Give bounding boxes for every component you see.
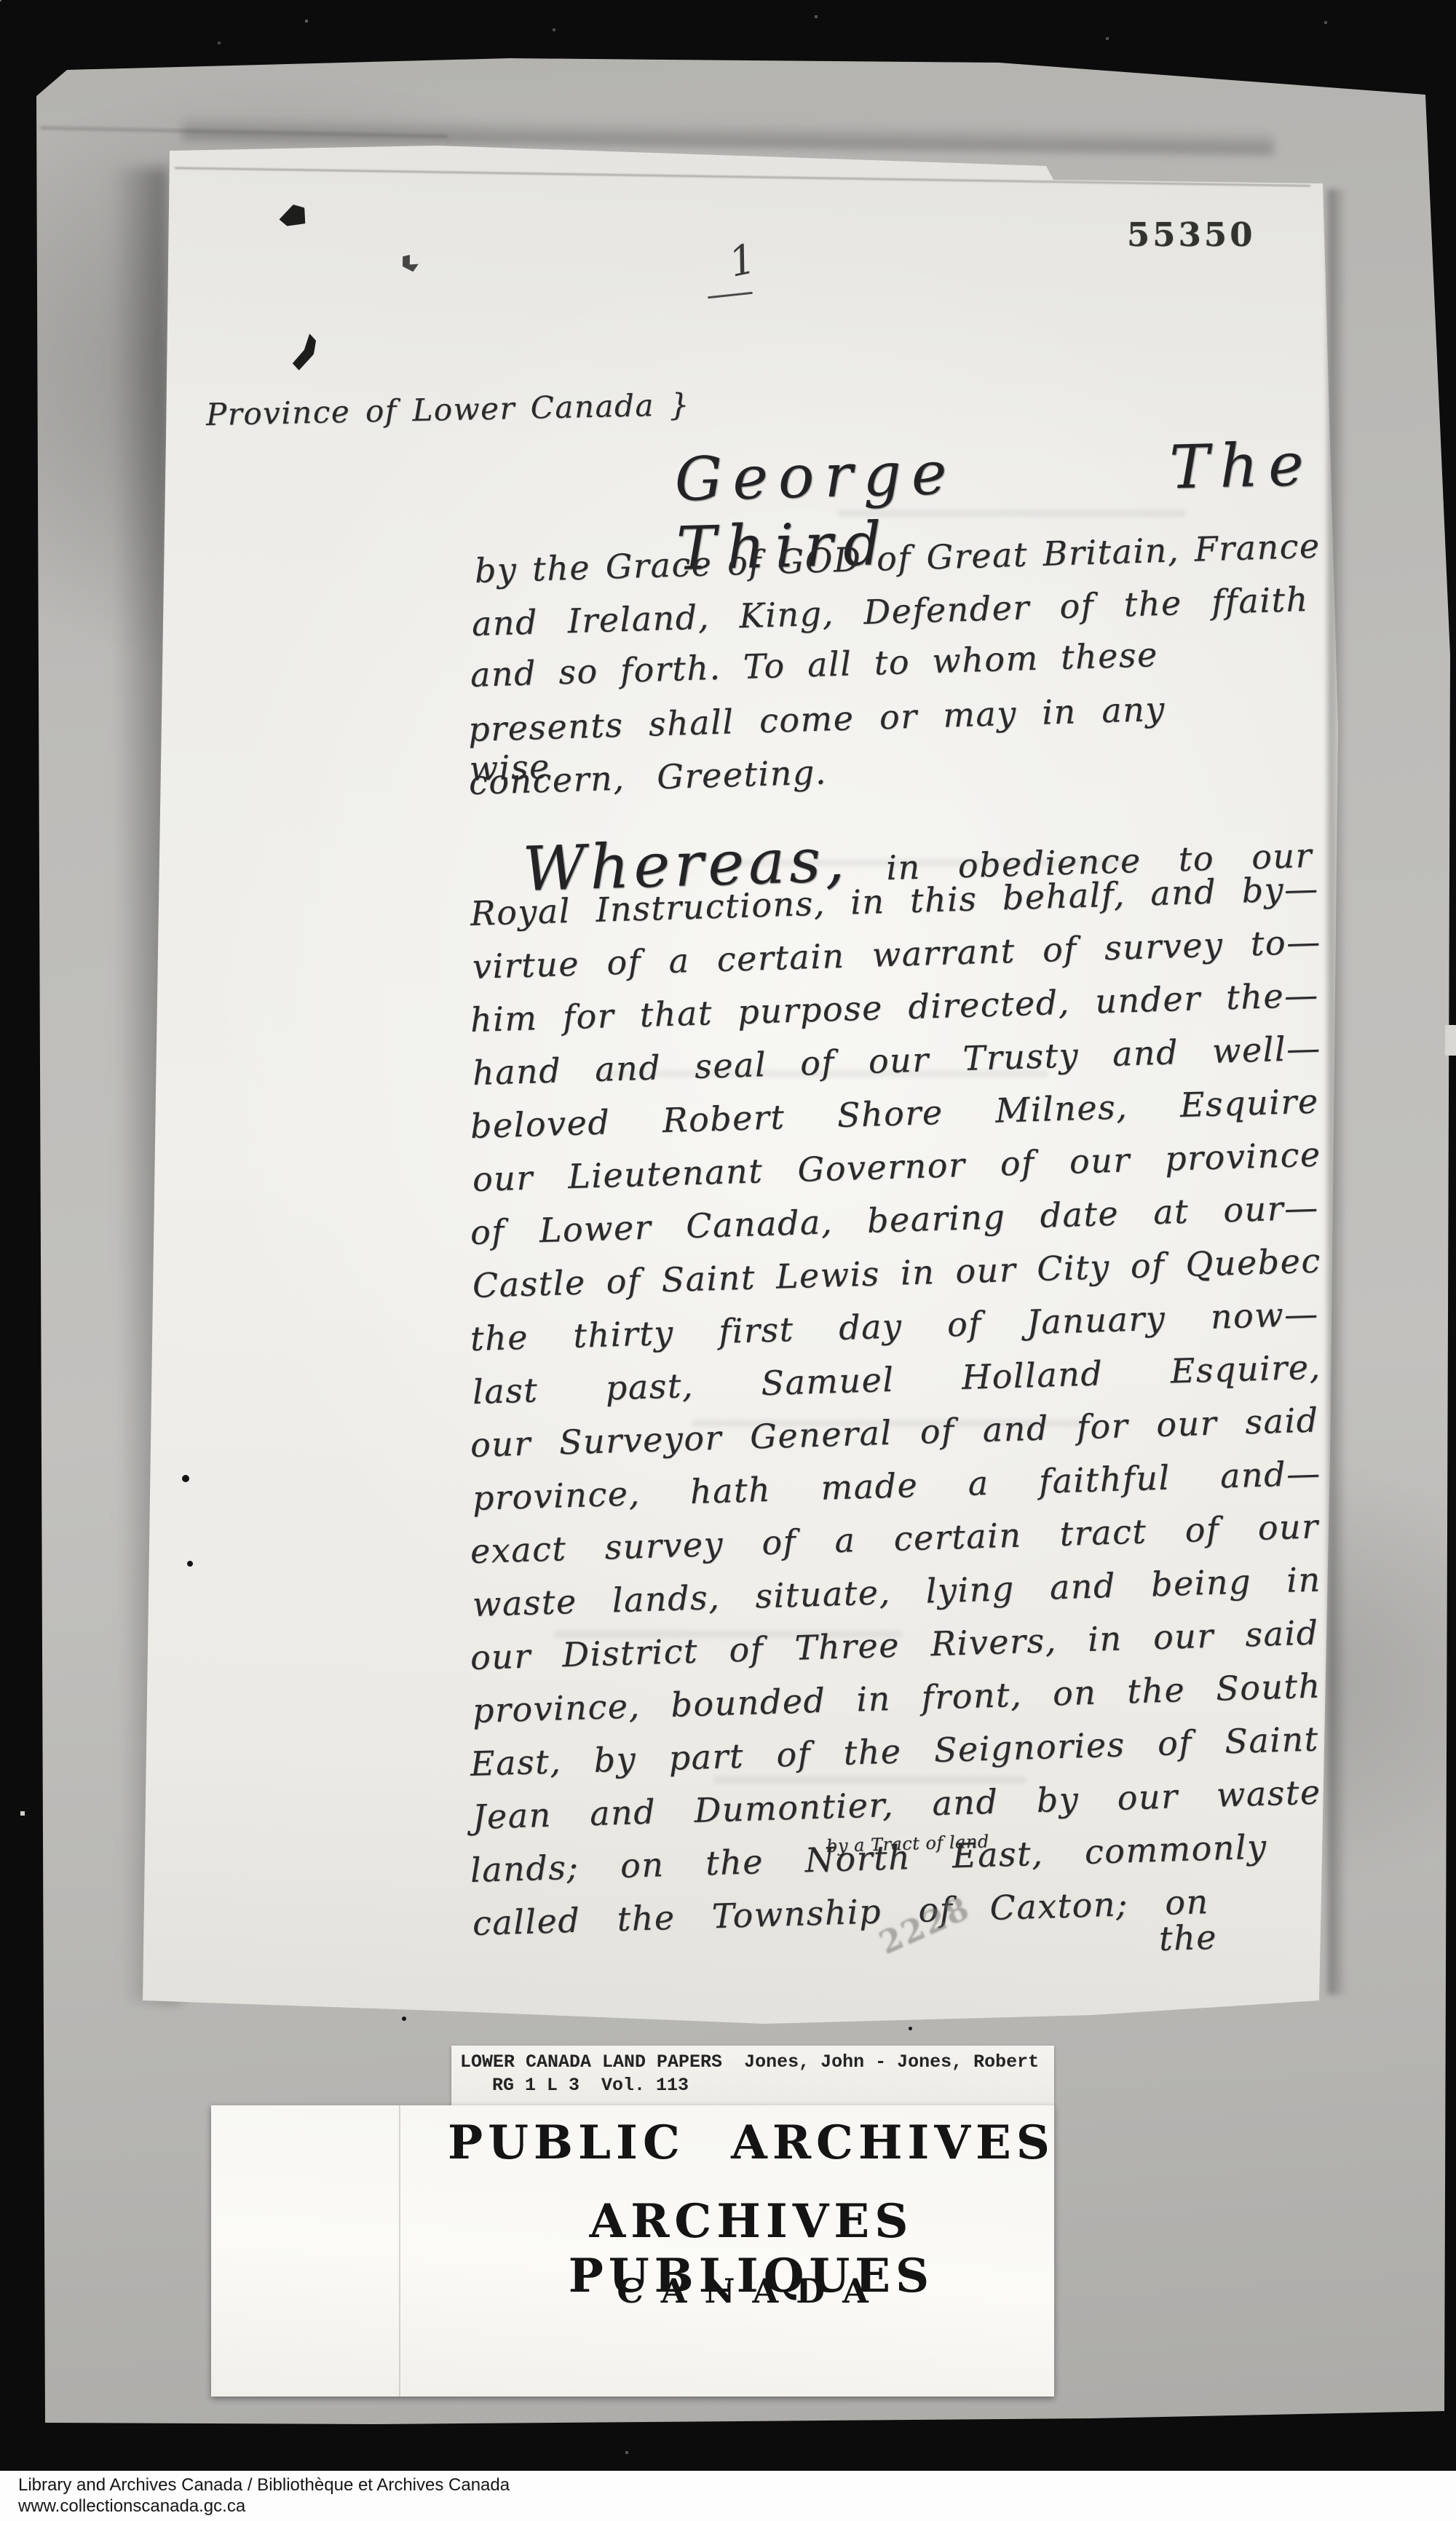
border-notch [1445, 1025, 1456, 1056]
backing-dot [182, 1475, 189, 1482]
archives-card-line-canada: CANADA [437, 2271, 1066, 2311]
reference-label-title: LOWER CANADA LAND PAPERS Jones, John - J… [460, 2051, 1039, 2073]
card-seam [399, 2105, 400, 2397]
lac-footer: Library and Archives Canada / Bibliothèq… [0, 2471, 1456, 2521]
footer-institution: Library and Archives Canada / Bibliothèq… [18, 2475, 510, 2496]
scan-stage: 55350 1 Province of Lower Canada } Georg… [0, 0, 1456, 2521]
backing-dot [402, 2017, 406, 2021]
film-speckles [0, 0, 1, 1]
archive-number-stamp: 55350 [1127, 215, 1256, 254]
backing-dot [187, 1561, 193, 1567]
footer-url: www.collectionscanada.gc.ca [18, 2496, 245, 2517]
page-right-edge-shadow [1328, 189, 1347, 1995]
reference-label: LOWER CANADA LAND PAPERS Jones, John - J… [451, 2046, 1054, 2105]
archives-card-line-en: PUBLIC ARCHIVES [437, 2116, 1066, 2170]
catchword: the [1158, 1918, 1217, 1958]
reference-label-volume: RG 1 L 3 Vol. 113 [492, 2075, 689, 2096]
backing-dot [909, 2027, 912, 2030]
